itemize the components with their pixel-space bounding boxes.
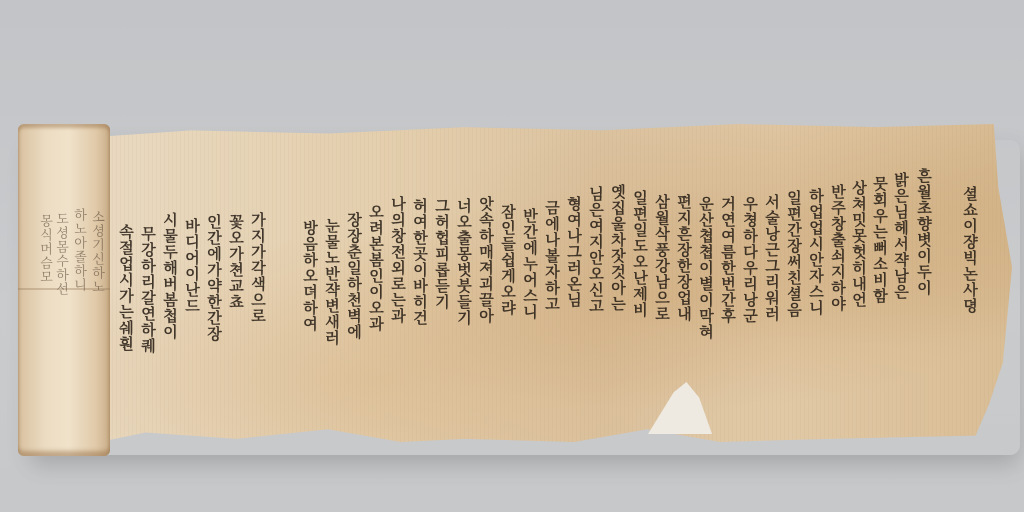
main-column: 거연여름한번간후: [720, 196, 735, 324]
main-column: 나의창전외로는과: [390, 196, 405, 324]
left-column: 바디어이난드: [184, 218, 199, 314]
main-column: 우쳥하다우리낭군: [742, 196, 757, 324]
main-column: 삼월삭풍강남으로: [654, 194, 669, 322]
left-column: 가지가각색으로: [250, 212, 265, 324]
main-column: 밝은님헤서쟉남은: [893, 172, 908, 300]
main-column: 하업업시안자스니: [808, 188, 823, 316]
main-column: 셜쇼이쟝빅논사뎡: [962, 186, 977, 314]
left-column: 인간에가약한간장: [206, 214, 221, 342]
main-column: 형여나그러온님: [566, 196, 581, 308]
handwritten-text: 셜쇼이쟝빅논사뎡흔월초향볏이두이밝은님헤서쟉남은뭇회우는뻐소비함상쳐밋못헛히내언…: [0, 0, 1024, 512]
main-column: 옛집울차잣것아는: [610, 184, 625, 312]
main-column: 허여한곳이바히건: [412, 198, 427, 326]
main-column: 장장춘일하천벽에: [346, 212, 361, 340]
main-column: 상쳐밋못헛히내언: [851, 180, 866, 308]
main-column: 뭇회우는뻐소비함: [872, 176, 887, 304]
main-column: 눈물노반쟉변새러: [324, 218, 339, 346]
main-column: 반주창출쇠지하야: [830, 184, 845, 312]
main-column: 흔월초향볏이두이: [916, 168, 931, 296]
main-column: 일편일도오난제비: [632, 190, 647, 318]
left-column: 시물두해버봄첩이: [162, 212, 177, 340]
main-column: 앗속하매져괴끌아: [478, 196, 493, 324]
left-column: 무강하리갈연하퀘: [140, 226, 155, 354]
main-column: 방음하오뎌하여: [302, 220, 317, 332]
roll-column: 하노아졸하니: [72, 208, 85, 292]
main-column: 그허헙피롭듣기: [434, 198, 449, 310]
left-column: 속절업시가는쉐훤: [118, 224, 133, 352]
main-column: 오려본봄인이오과: [368, 204, 383, 332]
left-column: 꽃오가쳔교쵸: [228, 214, 243, 310]
main-column: 반간에누어스니: [522, 208, 537, 320]
main-column: 너오출몽벗붓들기: [456, 198, 471, 326]
roll-column: 도셩몸수하선: [54, 212, 67, 296]
main-column: 서술낭근그리워러: [764, 194, 779, 322]
main-column: 금에나볼자하고: [544, 200, 559, 312]
main-column: 운산쳡쳡이별이막혀: [698, 196, 713, 340]
main-column: 잠인들쉽게오랴: [500, 204, 515, 316]
main-column: 편지흔장한장업내: [676, 194, 691, 322]
roll-column: 소셩기신하노: [90, 210, 103, 294]
main-column: 님은여지안오신고: [588, 186, 603, 314]
roll-column: 몽식머슴모: [38, 214, 51, 284]
main-column: 일편간장써친셜음: [786, 190, 801, 318]
